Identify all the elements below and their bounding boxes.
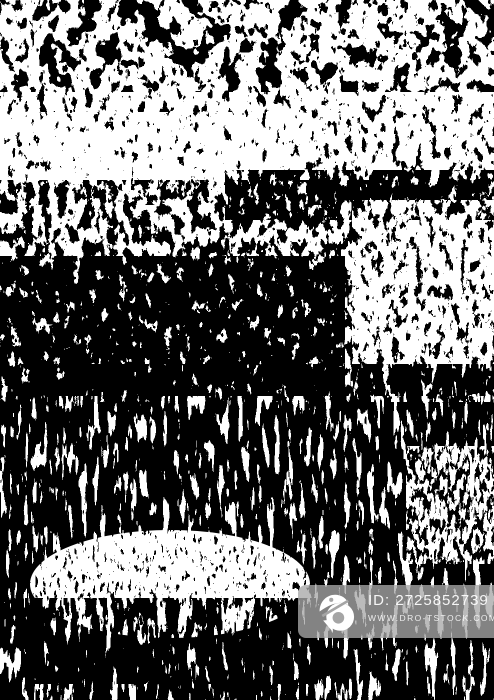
watermark-image-id: ID: 2725852739 <box>368 592 490 609</box>
watermark-site-url: WWW.DRO-TSTOCK.COM <box>368 613 490 623</box>
watermark-text: ID: 2725852739 WWW.DRO-TSTOCK.COM <box>368 592 490 623</box>
stock-image-preview: ID: 2725852739 WWW.DRO-TSTOCK.COM <box>0 0 494 700</box>
watermark-panel: ID: 2725852739 WWW.DRO-TSTOCK.COM <box>298 585 494 638</box>
stock-site-dolphin-logo-icon <box>316 590 359 633</box>
